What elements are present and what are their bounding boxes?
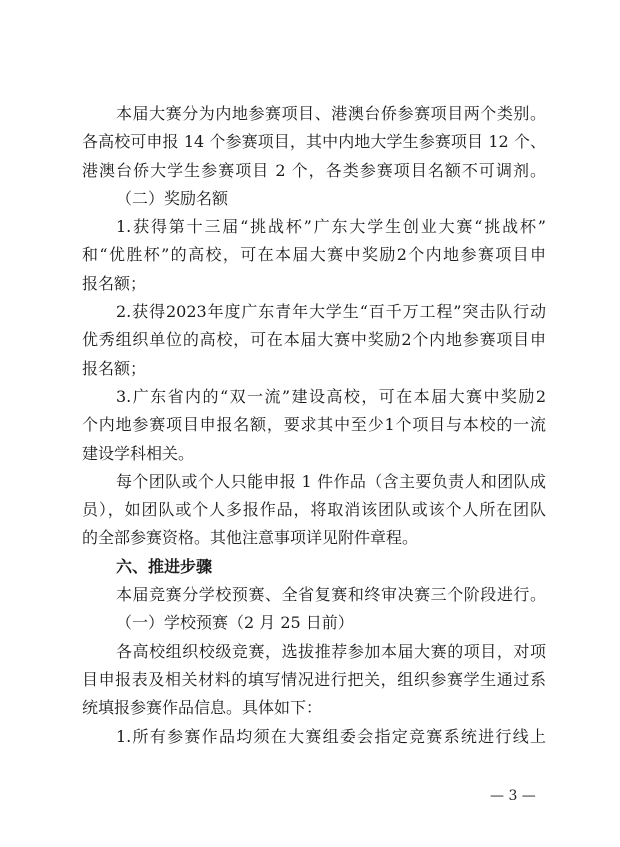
text-line: 港澳台侨大学生参赛项目 2 个，各类参赛项目名额不可调剂。 bbox=[82, 157, 546, 185]
text-line: 优秀组织单位的高校，可在本届大赛中奖励2个内地参赛项目申 bbox=[82, 326, 546, 354]
text-line: 2.获得2023年度广东青年大学生“百千万工程”突击队行动 bbox=[82, 298, 546, 326]
text-line: （二）奖励名额 bbox=[82, 185, 546, 213]
text-line: 建设学科相关。 bbox=[82, 440, 546, 468]
text-line: 各高校可申报 14 个参赛项目，其中内地大学生参赛项目 12 个、 bbox=[82, 128, 546, 156]
document-page: 本届大赛分为内地参赛项目、港澳台侨参赛项目两个类别。各高校可申报 14 个参赛项… bbox=[82, 100, 546, 751]
text-line: （一）学校预赛（2 月 25 日前） bbox=[82, 609, 546, 637]
text-line: 1.获得第十三届“挑战杯”广东大学生创业大赛“挑战杯” bbox=[82, 213, 546, 241]
text-line: 3.广东省内的“双一流”建设高校，可在本届大赛中奖励2 bbox=[82, 383, 546, 411]
text-line: 统填报参赛作品信息。具体如下： bbox=[82, 694, 546, 722]
text-line: 每个团队或个人只能申报 1 件作品（含主要负责人和团队成 bbox=[82, 468, 546, 496]
text-line: 目申报表及相关材料的填写情况进行把关，组织参赛学生通过系 bbox=[82, 666, 546, 694]
text-line: 本届大赛分为内地参赛项目、港澳台侨参赛项目两个类别。 bbox=[82, 100, 546, 128]
text-line: 报名额； bbox=[82, 355, 546, 383]
text-line: 1.所有参赛作品均须在大赛组委会指定竞赛系统进行线上 bbox=[82, 723, 546, 751]
text-line: 报名额； bbox=[82, 270, 546, 298]
section-heading: 六、推进步骤 bbox=[82, 553, 546, 581]
text-line: 的全部参赛资格。其他注意事项详见附件章程。 bbox=[82, 524, 546, 552]
page-number: — 3 — bbox=[490, 788, 536, 804]
text-line: 各高校组织校级竞赛，选拔推荐参加本届大赛的项目，对项 bbox=[82, 638, 546, 666]
text-line: 本届竞赛分学校预赛、全省复赛和终审决赛三个阶段进行。 bbox=[82, 581, 546, 609]
text-line: 员），如团队或个人多报作品，将取消该团队或该个人所在团队 bbox=[82, 496, 546, 524]
text-line: 和“优胜杯”的高校，可在本届大赛中奖励2个内地参赛项目申 bbox=[82, 241, 546, 269]
text-line: 个内地参赛项目申报名额，要求其中至少1个项目与本校的一流 bbox=[82, 411, 546, 439]
